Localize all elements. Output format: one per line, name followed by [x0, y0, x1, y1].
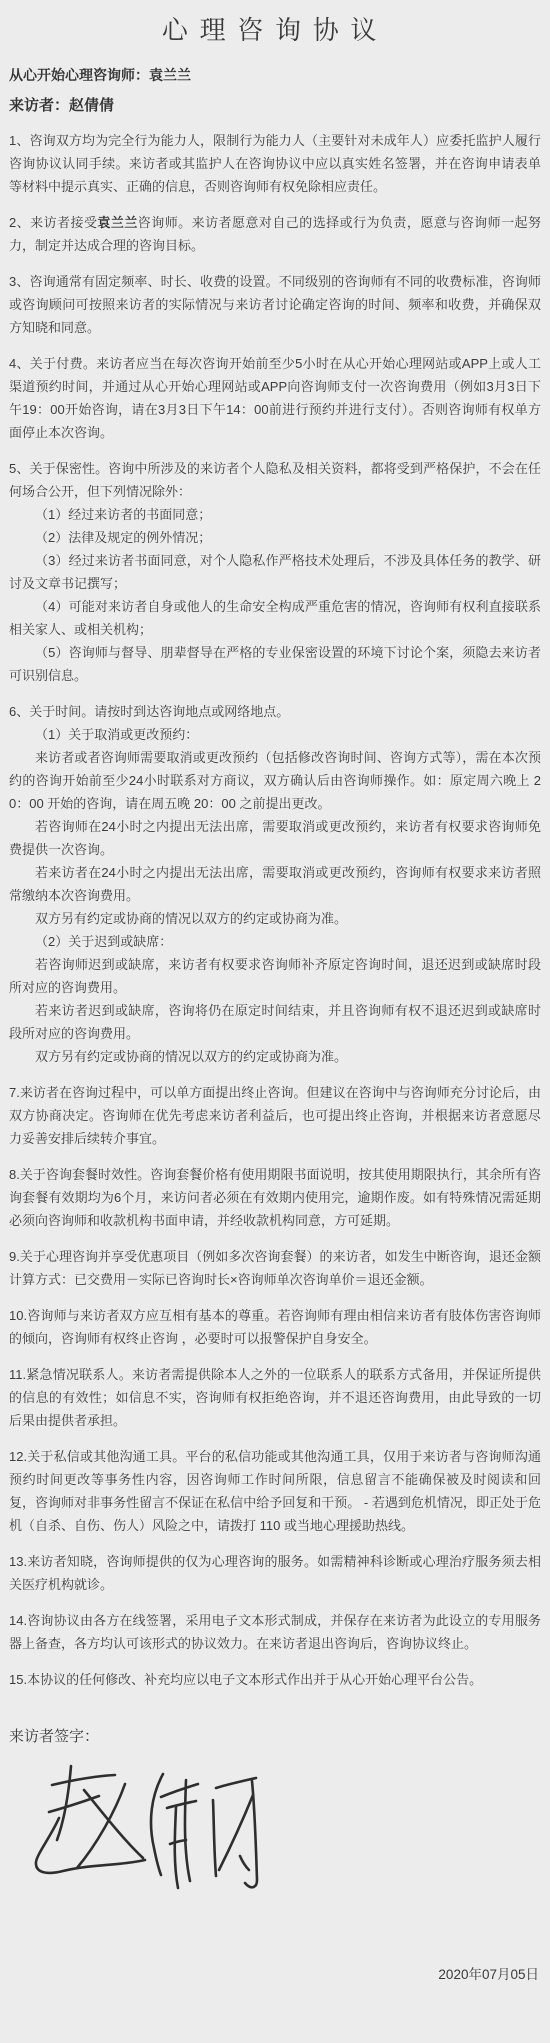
clause-list: 1、咨询双方均为完全行为能力人，限制行为能力人（主要针对未成年人）应委托监护人履… [9, 117, 541, 1691]
clause: 11.紧急情况联系人。来访者需提供除本人之外的一位联系人的联系方式备用，并保证所… [9, 1363, 541, 1432]
clause-paragraph: 来访者或者咨询师需要取消或更改预约（包括修改咨询时间、咨询方式等），需在本次预约… [9, 746, 541, 815]
signature-label: 来访者签字： [9, 1704, 541, 1748]
clause: 10.咨询师与来访者双方应互相有基本的尊重。若咨询师有理由相信来访者有肢体伤害咨… [9, 1304, 541, 1350]
clause-paragraph: 12.关于私信或其他沟通工具。平台的私信功能或其他沟通工具，仅用于来访者与咨询师… [9, 1445, 541, 1537]
clause-paragraph: 9.关于心理咨询并享受优惠项目（例如多次咨询套餐）的来访者，如发生中断咨询，退还… [9, 1245, 541, 1291]
clause: 9.关于心理咨询并享受优惠项目（例如多次咨询套餐）的来访者，如发生中断咨询，退还… [9, 1245, 541, 1291]
handwritten-signature-icon [27, 1760, 277, 1910]
clause-paragraph: 15.本协议的任何修改、补充均应以电子文本形式作出并于从心开始心理平台公告。 [9, 1668, 541, 1691]
clause: 13.来访者知晓，咨询师提供的仅为心理咨询的服务。如需精神科诊断或心理治疗服务须… [9, 1550, 541, 1596]
clause: 12.关于私信或其他沟通工具。平台的私信功能或其他沟通工具，仅用于来访者与咨询师… [9, 1445, 541, 1537]
clause: 14.咨询协议由各方在线签署，采用电子文本形式制成，并保存在来访者为此设立的专用… [9, 1609, 541, 1655]
clause-paragraph: （2）法律及规定的例外情况； [9, 526, 541, 549]
clause: 4、关于付费。来访者应当在每次咨询开始前至少5小时在从心开始心理网站或APP上或… [9, 352, 541, 444]
agreement-document: 心理咨询协议 从心开始心理咨询师：袁兰兰 来访者：赵倩倩 1、咨询双方均为完全行… [0, 0, 550, 2043]
counselor-line: 从心开始心理咨询师：袁兰兰 [9, 51, 541, 85]
clause-paragraph: 2、来访者接受袁兰兰咨询师。来访者愿意对自己的选择或行为负责，愿意与咨询师一起努… [9, 211, 541, 257]
clause: 7.来访者在咨询过程中，可以单方面提出终止咨询。但建议在咨询中与咨询师充分讨论后… [9, 1081, 541, 1150]
clause: 3、咨询通常有固定频率、时长、收费的设置。不同级别的咨询师有不同的收费标准，咨询… [9, 270, 541, 339]
clause-paragraph: （5）咨询师与督导、朋辈督导在严格的专业保密设置的环境下讨论个案，须隐去来访者可… [9, 641, 541, 687]
clause-paragraph: （3）经过来访者书面同意，对个人隐私作严格技术处理后，不涉及具体任务的教学、研讨… [9, 549, 541, 595]
clause-paragraph: 10.咨询师与来访者双方应互相有基本的尊重。若咨询师有理由相信来访者有肢体伤害咨… [9, 1304, 541, 1350]
clause: 1、咨询双方均为完全行为能力人，限制行为能力人（主要针对未成年人）应委托监护人履… [9, 129, 541, 198]
clause-text-bold: 袁兰兰 [97, 215, 137, 230]
page-title: 心理咨询协议 [9, 0, 541, 51]
clause-paragraph: 5、关于保密性。咨询中所涉及的来访者个人隐私及相关资料，都将受到严格保护，不会在… [9, 457, 541, 503]
clause-text: 2、来访者接受 [9, 215, 97, 230]
clause-paragraph: 若来访者在24小时之内提出无法出席，需要取消或更改预约，咨询师有权要求来访者照常… [9, 861, 541, 907]
clause-paragraph: 若来访者迟到或缺席，咨询将仍在原定时间结束，并且咨询师有权不退还迟到或缺席时段所… [9, 999, 541, 1045]
clause-paragraph: 8.关于咨询套餐时效性。咨询套餐价格有使用期限书面说明，按其使用期限执行，其余所… [9, 1163, 541, 1232]
clause-paragraph: 若咨询师迟到或缺席，来访者有权要求咨询师补齐原定咨询时间，退还迟到或缺席时段所对… [9, 953, 541, 999]
clause: 6、关于时间。请按时到达咨询地点或网络地点。（1）关于取消或更改预约：来访者或者… [9, 700, 541, 1068]
clause-paragraph: 6、关于时间。请按时到达咨询地点或网络地点。 [9, 700, 541, 723]
counselor-name: 袁兰兰 [149, 67, 191, 83]
clause-paragraph: 若咨询师在24小时之内提出无法出席，需要取消或更改预约，来访者有权要求咨询师免费… [9, 815, 541, 861]
clause-paragraph: （4）可能对来访者自身或他人的生命安全构成严重危害的情况，咨询师有权利直接联系相… [9, 595, 541, 641]
visitor-name: 赵倩倩 [69, 97, 114, 114]
clause-paragraph: （2）关于迟到或缺席： [9, 930, 541, 953]
clause: 5、关于保密性。咨询中所涉及的来访者个人隐私及相关资料，都将受到严格保护，不会在… [9, 457, 541, 687]
clause-paragraph: 3、咨询通常有固定频率、时长、收费的设置。不同级别的咨询师有不同的收费标准，咨询… [9, 270, 541, 339]
clause-paragraph: 双方另有约定或协商的情况以双方的约定或协商为准。 [9, 1045, 541, 1068]
date: 2020年07月05日 [9, 1935, 541, 1983]
signature-area [9, 1748, 541, 1935]
clause: 15.本协议的任何修改、补充均应以电子文本形式作出并于从心开始心理平台公告。 [9, 1668, 541, 1691]
clause-paragraph: 11.紧急情况联系人。来访者需提供除本人之外的一位联系人的联系方式备用，并保证所… [9, 1363, 541, 1432]
clause-paragraph: （1）经过来访者的书面同意； [9, 503, 541, 526]
clause-paragraph: 4、关于付费。来访者应当在每次咨询开始前至少5小时在从心开始心理网站或APP上或… [9, 352, 541, 444]
clause-paragraph: 双方另有约定或协商的情况以双方的约定或协商为准。 [9, 907, 541, 930]
counselor-label: 从心开始心理咨询师： [9, 67, 149, 83]
clause: 8.关于咨询套餐时效性。咨询套餐价格有使用期限书面说明，按其使用期限执行，其余所… [9, 1163, 541, 1232]
clause: 2、来访者接受袁兰兰咨询师。来访者愿意对自己的选择或行为负责，愿意与咨询师一起努… [9, 211, 541, 257]
clause-paragraph: （1）关于取消或更改预约： [9, 723, 541, 746]
visitor-line: 来访者：赵倩倩 [9, 85, 541, 117]
clause-paragraph: 7.来访者在咨询过程中，可以单方面提出终止咨询。但建议在咨询中与咨询师充分讨论后… [9, 1081, 541, 1150]
visitor-label: 来访者： [9, 97, 69, 114]
clause-paragraph: 14.咨询协议由各方在线签署，采用电子文本形式制成，并保存在来访者为此设立的专用… [9, 1609, 541, 1655]
clause-paragraph: 13.来访者知晓，咨询师提供的仅为心理咨询的服务。如需精神科诊断或心理治疗服务须… [9, 1550, 541, 1596]
clause-paragraph: 1、咨询双方均为完全行为能力人，限制行为能力人（主要针对未成年人）应委托监护人履… [9, 129, 541, 198]
